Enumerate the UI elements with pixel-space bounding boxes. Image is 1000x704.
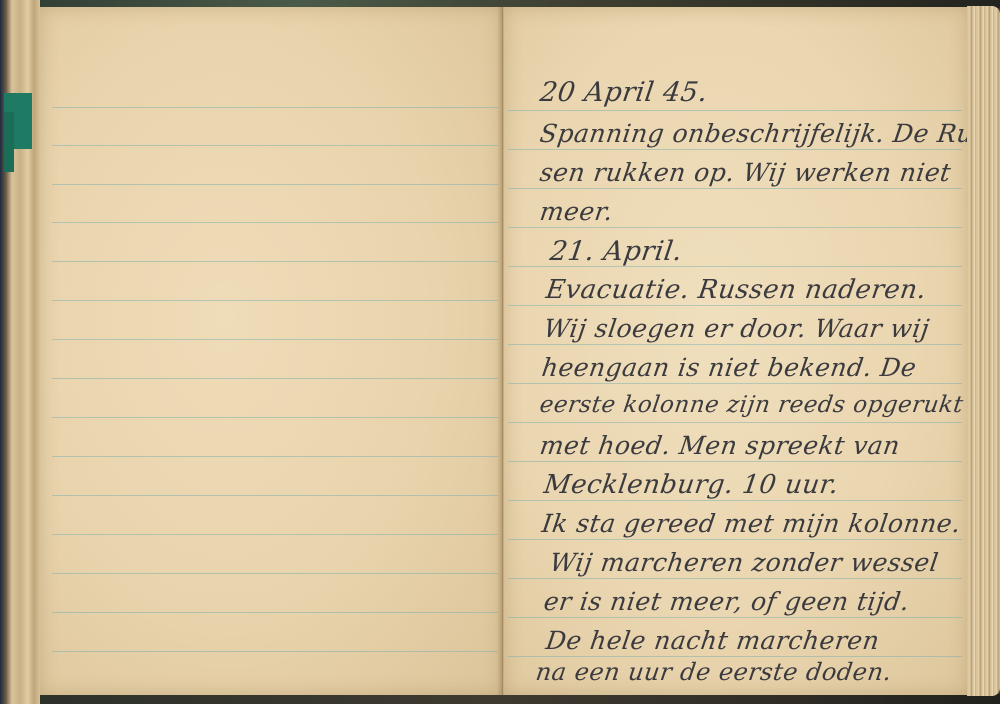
ruled-line <box>52 651 498 652</box>
book-cover-bottom <box>0 694 1000 704</box>
ruled-line <box>52 339 498 340</box>
ruled-line <box>52 184 498 185</box>
entry-line: na een uur de eerste doden. <box>534 658 894 686</box>
ruled-line <box>52 222 498 223</box>
ruled-line <box>52 456 498 457</box>
ruled-line <box>52 495 498 496</box>
entry-line: sen rukken op. Wij werken niet <box>538 158 953 187</box>
entry-line: Ik sta gereed met mijn kolonne. <box>540 509 963 538</box>
entry-line: heengaan is niet bekend. De <box>540 353 918 382</box>
bookmark-ribbon-tail <box>4 112 14 172</box>
entry-line: Mecklenburg. 10 uur. <box>542 470 841 500</box>
ruled-line <box>52 261 498 262</box>
ruled-line <box>52 573 498 574</box>
left-page <box>40 7 503 695</box>
page-block-right-edge <box>967 6 1000 696</box>
entry-line: Wij sloegen er door. Waar wij <box>542 314 931 343</box>
entry-line: eerste kolonne zijn reeds opgerukt <box>538 392 965 418</box>
entry-line: De hele nacht marcheren <box>544 626 881 655</box>
entry-line: Wij marcheren zonder wessel <box>548 548 940 577</box>
ruled-line <box>52 145 498 146</box>
diary-text: 20 April 45. Spanning onbeschrijfelijk. … <box>504 7 968 695</box>
ruled-line <box>52 612 498 613</box>
entry-line: meer. <box>538 197 615 226</box>
entry-date: 21. April. <box>548 236 684 267</box>
ruled-line <box>52 300 498 301</box>
right-page: 20 April 45. Spanning onbeschrijfelijk. … <box>503 7 968 695</box>
ruled-line <box>52 378 498 379</box>
entry-line: er is niet meer, of geen tijd. <box>542 587 911 616</box>
entry-date: 20 April 45. <box>538 77 710 108</box>
ruled-line <box>52 107 498 108</box>
entry-line: Evacuatie. Russen naderen. <box>544 275 928 305</box>
ruled-line <box>52 417 498 418</box>
entry-line: met hoed. Men spreekt van <box>538 431 902 460</box>
entry-line: Spanning onbeschrijfelijk. De Rus- <box>538 119 998 148</box>
ruled-line <box>52 534 498 535</box>
